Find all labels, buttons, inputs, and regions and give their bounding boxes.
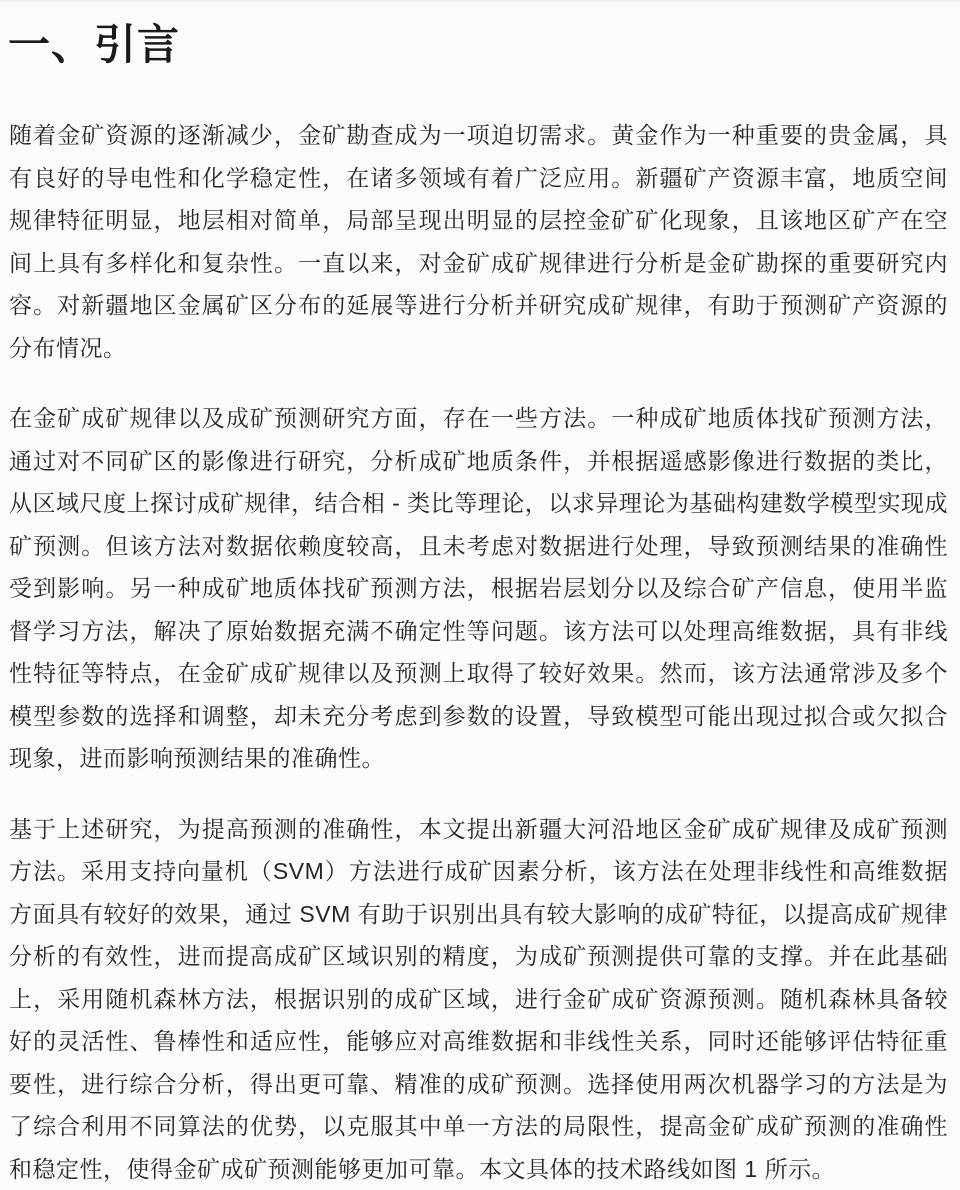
section-heading: 一、引言 xyxy=(0,0,960,70)
article-page: 一、引言 随着金矿资源的逐渐减少，金矿勘查成为一项迫切需求。黄金作为一种重要的贵… xyxy=(0,0,960,1190)
intro-paragraph-2: 在金矿成矿规律以及成矿预测研究方面，存在一些方法。一种成矿地质体找矿预测方法，通… xyxy=(9,397,948,780)
intro-paragraph-3: 基于上述研究，为提高预测的准确性，本文提出新疆大河沿地区金矿成矿规律及成矿预测方… xyxy=(9,808,948,1190)
intro-paragraph-1: 随着金矿资源的逐渐减少，金矿勘查成为一项迫切需求。黄金作为一种重要的贵金属，具有… xyxy=(9,114,948,369)
top-divider xyxy=(0,0,960,3)
